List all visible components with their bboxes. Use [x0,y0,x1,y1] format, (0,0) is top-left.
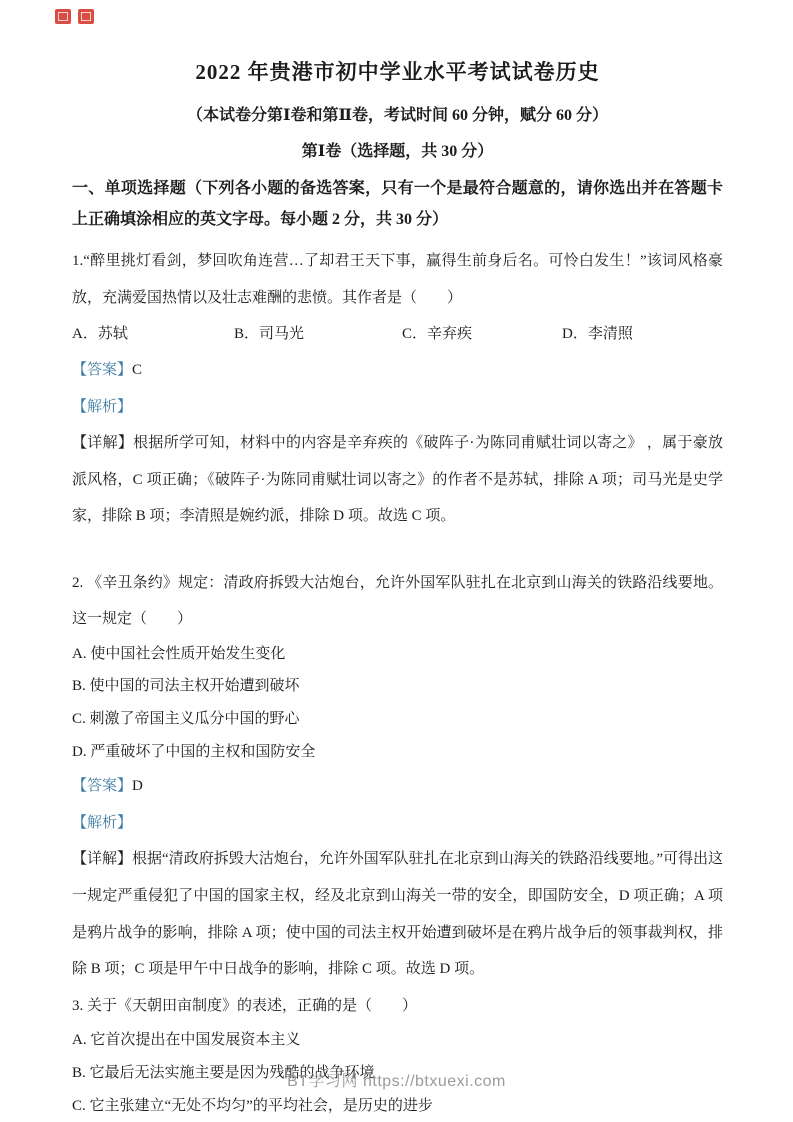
document-content: 2022 年贵港市初中学业水平考试试卷历史 （本试卷分第Ⅰ卷和第Ⅱ卷，考试时间 … [0,0,793,1122]
option-a: A. 使中国社会性质开始发生变化 [72,638,723,671]
question-stem: 2. 《辛丑条约》规定：清政府拆毁大沽炮台，允许外国军队驻扎在北京到山海关的铁路… [72,565,723,638]
question-detail: 【详解】根据“清政府拆毁大沽炮台，允许外国军队驻扎在北京到山海关的铁路沿线要地。… [72,841,723,988]
option-c: C. 它主张建立“无处不均匀”的平均社会，是历史的进步 [72,1090,723,1122]
answer-value: D [132,778,143,794]
answer-label: 【答案】 [72,778,132,794]
exam-subtitle: （本试卷分第Ⅰ卷和第Ⅱ卷，考试时间 60 分钟，赋分 60 分） [72,102,723,125]
option-d: D. 严重破坏了中国的主权和国防安全 [72,736,723,769]
question-detail: 【详解】根据所学可知，材料中的内容是辛弃疾的《破阵子·为陈同甫赋壮词以寄之》 ，… [72,425,723,535]
answer-label: 【答案】 [72,362,132,378]
analysis-line: 【解析】 [72,805,723,841]
section-instructions: 一、单项选择题（下列各小题的备选答案，只有一个是最符合题意的，请你选出并在答题卡… [72,173,723,235]
watermark-footer: BT学习网 https://btxuexi.com [0,1068,793,1091]
red-stamp-icon-2 [78,9,94,24]
question-stem: 3. 关于《天朝田亩制度》的表述，正确的是（ ） [72,988,723,1024]
question-1: 1.“醉里挑灯看剑，梦回吹角连营…了却君王天下事，赢得生前身后名。可怜白发生！”… [72,243,723,535]
answer-value: C [132,362,142,378]
exam-document-page: 2022 年贵港市初中学业水平考试试卷历史 （本试卷分第Ⅰ卷和第Ⅱ卷，考试时间 … [0,0,793,1122]
option-b: B. 使中国的司法主权开始遭到破坏 [72,670,723,703]
page-title: 2022 年贵港市初中学业水平考试试卷历史 [72,56,723,86]
analysis-label: 【解析】 [72,815,132,831]
analysis-line: 【解析】 [72,389,723,425]
option-b: B．司马光 [234,316,402,352]
question-3: 3. 关于《天朝田亩制度》的表述，正确的是（ ） A. 它首次提出在中国发展资本… [72,988,723,1122]
question-options: A．苏轼 B．司马光 C．辛弃疾 D．李清照 [72,316,723,352]
stamp-group [55,9,94,24]
answer-line: 【答案】D [72,768,723,804]
section-heading: 第Ⅰ卷（选择题，共 30 分） [72,138,723,161]
option-a: A．苏轼 [72,316,234,352]
option-d: D．李清照 [562,316,723,352]
option-c: C．辛弃疾 [402,316,562,352]
analysis-label: 【解析】 [72,399,132,415]
question-stem: 1.“醉里挑灯看剑，梦回吹角连营…了却君王天下事，赢得生前身后名。可怜白发生！”… [72,243,723,316]
answer-line: 【答案】C [72,352,723,388]
red-stamp-icon-1 [55,9,71,24]
option-a: A. 它首次提出在中国发展资本主义 [72,1024,723,1057]
option-c: C. 刺激了帝国主义瓜分中国的野心 [72,703,723,736]
question-2: 2. 《辛丑条约》规定：清政府拆毁大沽炮台，允许外国军队驻扎在北京到山海关的铁路… [72,565,723,988]
